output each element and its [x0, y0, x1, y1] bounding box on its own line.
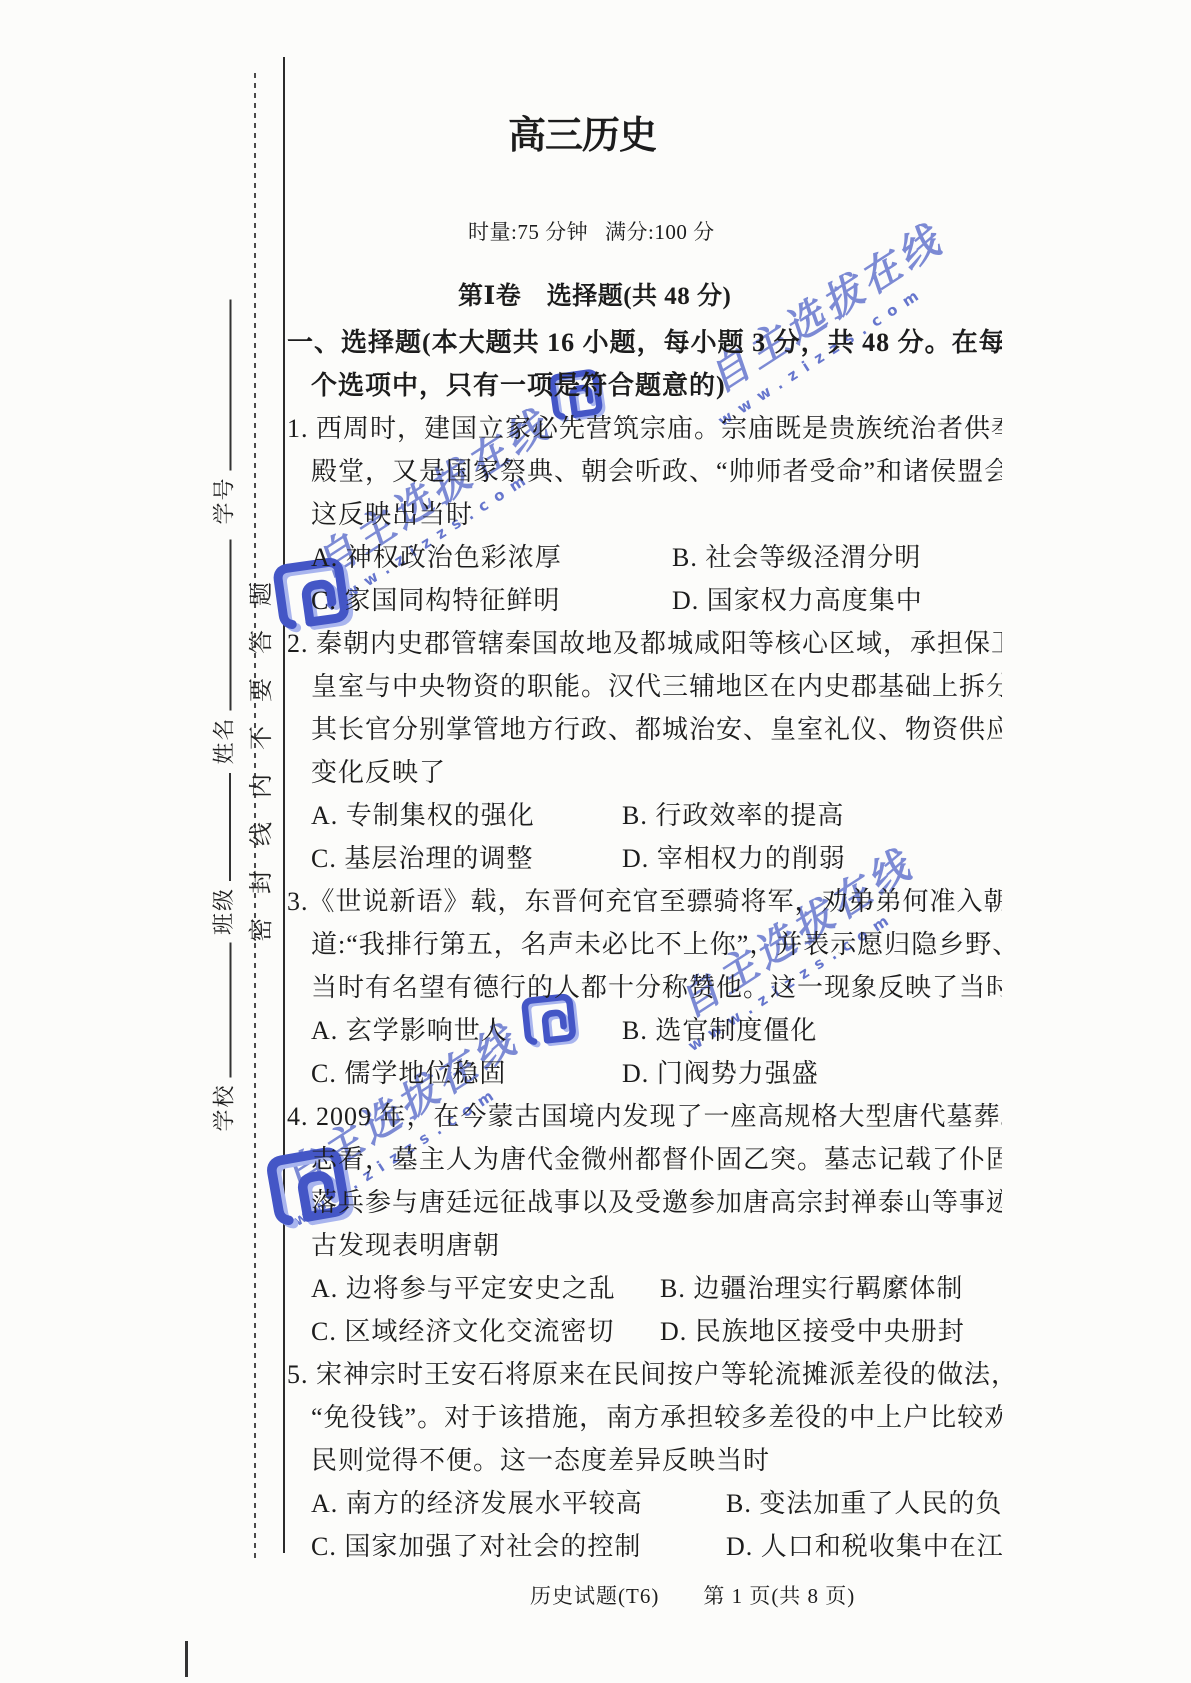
exam-content-area: 高三历史 时量:75 分钟 满分:100 分 第Ⅰ卷 选择题(共 48 分) 一… — [0, 0, 1002, 1683]
question-line: 殿堂，又是国家祭典、朝会听政、“帅师者受命”和诸侯盟会的重 — [311, 455, 1002, 489]
option-item: D. 门阀势力强盛 — [622, 1057, 819, 1091]
option-item: B. 社会等级泾渭分明 — [672, 541, 921, 575]
option-item: B. 选官制度僵化 — [622, 1014, 817, 1048]
instructions-line: 个选项中，只有一项是符合题意的) — [311, 369, 726, 403]
page-footer: 历史试题(T6) 第 1 页(共 8 页) — [530, 1580, 855, 1610]
option-item: C. 儒学地位稳固 — [311, 1057, 506, 1091]
question-line: 落兵参与唐廷远征战事以及受邀参加唐高宗封禅泰山等事迹。 — [311, 1186, 1002, 1220]
question-line: 这反映出当时 — [311, 498, 473, 532]
question-line: 变化反映了 — [311, 756, 446, 790]
option-item: C. 基层治理的调整 — [311, 842, 533, 876]
option-item: B. 边疆治理实行羁縻体制 — [660, 1272, 963, 1306]
option-item: A. 专制集权的强化 — [311, 799, 535, 833]
option-item: B. 变法加重了人民的负担 — [726, 1487, 1002, 1521]
exam-full-score: 满分:100 分 — [605, 216, 715, 246]
question-line: 5. 宋神宗时王安石将原来在民间按户等轮流摊派差役的做法，改 — [287, 1358, 1002, 1392]
question-line: 4. 2009 年，在今蒙古国境内发现了一座高规格大型唐代墓葬。从 — [287, 1100, 1002, 1134]
option-item: D. 宰相权力的削弱 — [622, 842, 846, 876]
scanned-exam-page: { "document": { "title": "高三历史", "durati… — [0, 0, 1191, 1683]
question-line: 道:“我排行第五，名声未必比不上你”，并表示愿归隐乡野、不过问 — [311, 928, 1002, 962]
option-item: D. 国家权力高度集中 — [672, 584, 923, 618]
question-line: 民则觉得不便。这一态度差异反映当时 — [311, 1444, 770, 1478]
page-title: 高三历史 — [508, 104, 656, 159]
option-item: B. 行政效率的提高 — [622, 799, 844, 833]
exam-duration: 时量:75 分钟 — [468, 216, 588, 246]
option-item: A. 边将参与平定安史之乱 — [311, 1272, 616, 1306]
option-item: C. 家国同构特征鲜明 — [311, 584, 560, 618]
question-line: 2. 秦朝内史郡管辖秦国故地及都城咸阳等核心区域，承担保卫都城 — [287, 627, 1002, 661]
section-heading: 第Ⅰ卷 选择题(共 48 分) — [458, 276, 731, 312]
option-item: A. 神权政治色彩浓厚 — [311, 541, 562, 575]
question-line: 3.《世说新语》载，东晋何充官至骠骑将军，劝弟弟何准入朝为官，何 — [287, 885, 1002, 919]
question-line: 1. 西周时，建国立家必先营筑宗庙。宗庙既是贵族统治者供奉祖先 — [287, 412, 1002, 446]
option-item: C. 区域经济文化交流密切 — [311, 1315, 614, 1349]
question-line: “免役钱”。对于该措施，南方承担较多差役的中上户比较欢迎， — [311, 1401, 1002, 1435]
option-item: C. 国家加强了对社会的控制 — [311, 1530, 641, 1564]
question-line: 皇室与中央物资的职能。汉代三辅地区在内史郡基础上拆分演变 — [311, 670, 1002, 704]
question-line: 当时有名望有德行的人都十分称赞他。这一现象反映了当时 — [311, 971, 1002, 1005]
option-item: D. 人口和税收集中在江南 — [726, 1530, 1002, 1564]
option-item: A. 南方的经济发展水平较高 — [311, 1487, 643, 1521]
option-item: D. 民族地区接受中央册封 — [660, 1315, 965, 1349]
instructions-line: 一、选择题(本大题共 16 小题，每小题 3 分，共 48 分。在每小题列 — [287, 326, 1002, 360]
question-line: 志看，墓主人为唐代金微州都督仆固乙突。墓志记载了仆固乙突 — [311, 1143, 1002, 1177]
option-item: A. 玄学影响世人 — [311, 1014, 508, 1048]
question-line: 其长官分别掌管地方行政、都城治安、皇室礼仪、物资供应等事务 — [311, 713, 1002, 747]
question-line: 古发现表明唐朝 — [311, 1229, 500, 1263]
